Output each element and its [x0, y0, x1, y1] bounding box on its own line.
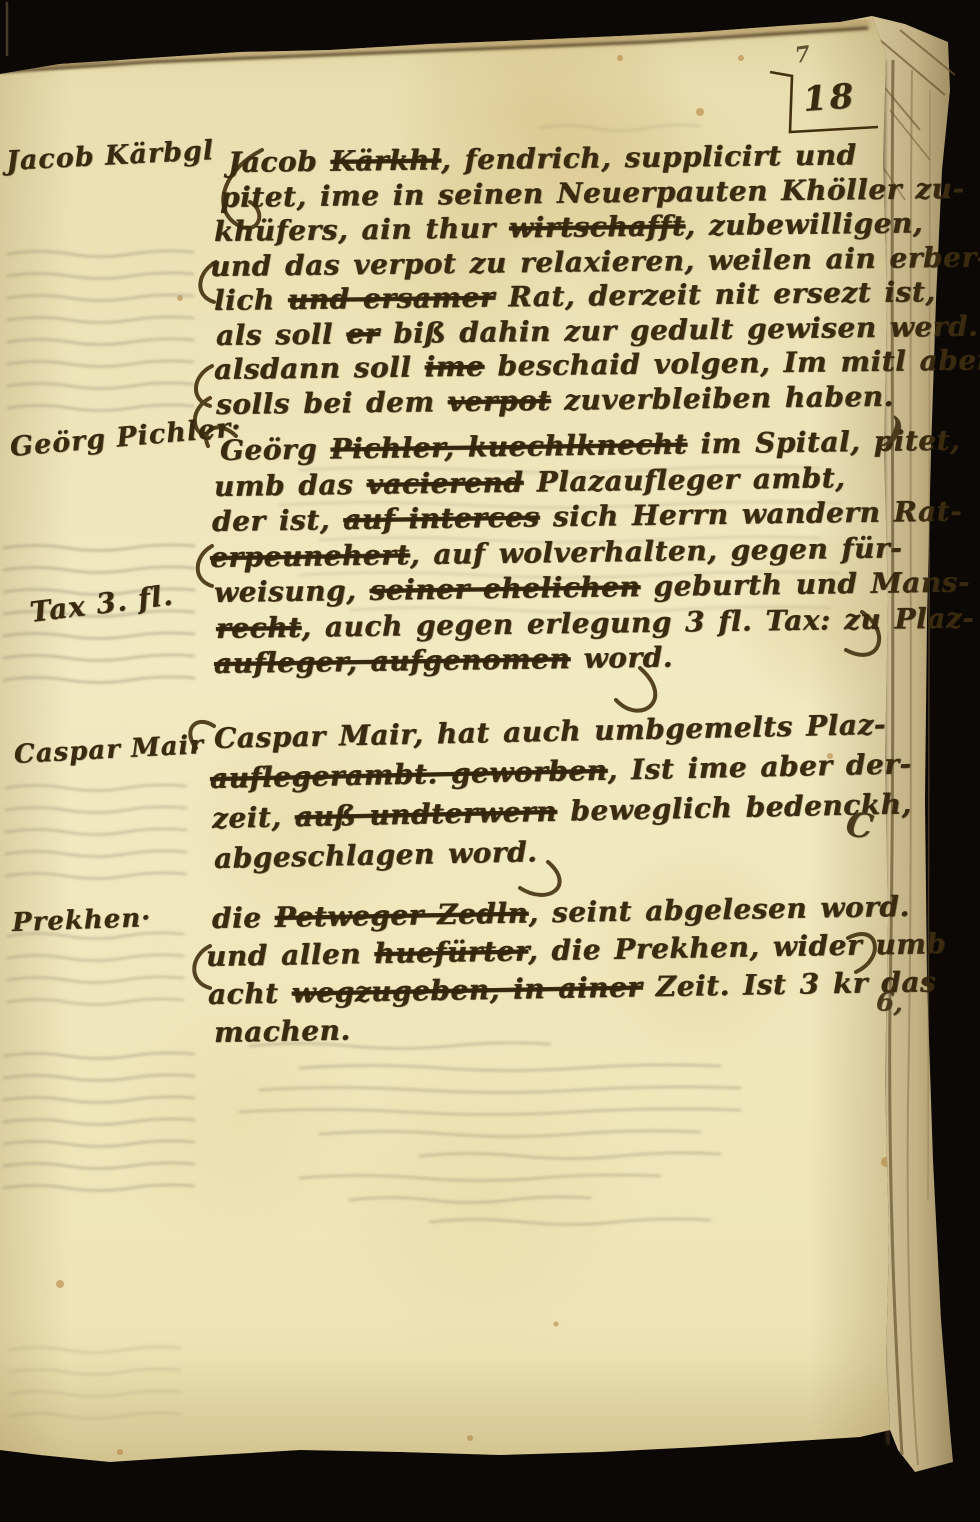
word-run: machen.	[214, 1014, 351, 1049]
struck-word: und ersamer	[288, 281, 496, 317]
page-number: 18	[802, 76, 858, 120]
struck-word: recht	[216, 610, 302, 644]
word-run: Rat, derzeit nit ersezt ist,	[495, 275, 936, 313]
struck-word: verpot	[448, 383, 551, 417]
word-run: umb das	[214, 467, 367, 502]
entry-caspar-mair-line: zeit, auß undterwern beweglich bedenckh,	[212, 787, 912, 835]
word-run: acht	[208, 977, 292, 1011]
struck-word: Pichler, kuechlknecht	[330, 427, 687, 465]
entry-caspar-mair-line: Caspar Mair, hat auch umbgemelts Plaz-	[214, 708, 887, 755]
word-run: word.	[570, 641, 673, 675]
struck-word: vacierend	[366, 465, 523, 500]
margin-note: Prekhen·	[11, 903, 151, 938]
edge-ink-mark: C	[843, 804, 875, 847]
struck-word: wegzugeben, in ainer	[291, 970, 642, 1009]
word-run: Caspar Mair, hat auch umbgemelts Plaz-	[214, 708, 887, 755]
word-run: , fendrich, supplicirt und	[441, 138, 857, 176]
struck-word: seiner ehelichen	[369, 570, 640, 607]
edge-ink-mark: 6,	[875, 987, 904, 1019]
word-run: alsdann soll	[214, 350, 425, 386]
word-run: sich Herrn wandern Rat-	[539, 495, 962, 534]
entry-caspar-mair-line: abgeschlagen word.	[214, 835, 538, 875]
entry-prekhen-line: die Petweger Zedln, seint abgelesen word…	[212, 890, 910, 935]
struck-word: erpeunehert	[210, 538, 410, 574]
struck-word: ime	[424, 350, 484, 384]
word-run: , zubewilligen,	[685, 206, 923, 242]
word-run: Geörg	[220, 432, 331, 467]
word-run: zeit,	[212, 800, 295, 835]
entry-geoerg-pichler-line: Geörg Pichler, kuechlknecht im Spital, p…	[220, 424, 961, 467]
struck-word: Kärkhl	[330, 143, 441, 177]
word-run: , auch gegen erlegung 3 fl. Tax: zu Plaz…	[301, 601, 974, 643]
struck-word: er	[346, 316, 380, 349]
word-run: Plazaufleger ambt,	[523, 461, 845, 498]
entry-prekhen-line: acht wegzugeben, in ainer Zeit. Ist 3 kr…	[208, 965, 937, 1011]
word-run: lich	[214, 283, 288, 317]
word-run: beschaid volgen, Im mitl aber	[484, 343, 980, 382]
word-run: weisung,	[214, 574, 370, 609]
word-run: solls bei dem	[216, 385, 448, 421]
word-run: geburth und Mans-	[640, 565, 970, 603]
word-run: abgeschlagen word.	[214, 835, 538, 875]
word-run: und allen	[206, 937, 375, 973]
word-run: biß dahin zur gedult gewisen werd.	[380, 309, 979, 349]
margin-note: Geörg Pichler·	[9, 412, 243, 463]
entry-prekhen-line: machen.	[214, 1014, 351, 1049]
word-run: im Spital, pitet,	[687, 424, 960, 461]
word-run: Jacob	[228, 145, 331, 179]
entry-jacob-kaerbgl-line: solls bei dem verpot zuverbleiben haben.	[216, 379, 894, 420]
word-run: , seint abgelesen word.	[528, 890, 910, 930]
struck-word: huefürter	[374, 934, 528, 970]
struck-word: auf interces	[343, 500, 540, 536]
ink-text-layer: 18 7 Jacob KärbglGeörg Pichler·Tax 3. fl…	[0, 0, 980, 1522]
word-run: , Ist ime aber der-	[607, 747, 912, 786]
struck-word: auflegerambt. geworben	[210, 754, 608, 795]
word-run: als soll	[216, 317, 347, 352]
margin-note: Tax 3. fl.	[28, 579, 175, 629]
struck-word: auß undterwern	[294, 795, 557, 833]
entry-jacob-kaerbgl-line: Jacob Kärkhl, fendrich, supplicirt und	[228, 138, 857, 179]
word-run: , auf wolverhalten, gegen für-	[410, 531, 903, 571]
margin-note: Caspar Mair	[13, 730, 204, 770]
entry-geoerg-pichler-line: umb das vacierend Plazaufleger ambt,	[214, 461, 846, 503]
entry-geoerg-pichler-line: aufleger, aufgenomen word.	[214, 641, 673, 680]
word-run: , die Prekhen, wider umb	[528, 927, 947, 967]
entry-geoerg-pichler-line: recht, auch gegen erlegung 3 fl. Tax: zu…	[216, 601, 975, 645]
struck-word: aufleger, aufgenomen	[214, 642, 571, 680]
manuscript-scan: 18 7 Jacob KärbglGeörg Pichler·Tax 3. fl…	[0, 0, 980, 1522]
struck-word: Petweger Zedln	[274, 896, 528, 933]
word-run: der ist,	[212, 503, 344, 538]
word-run: khüfers, ain thur	[214, 211, 509, 248]
word-run: zuverbleiben haben.	[551, 379, 894, 416]
margin-note: Jacob Kärbgl	[5, 135, 215, 177]
word-run: die	[212, 901, 275, 935]
struck-word: wirtschafft	[509, 209, 686, 244]
corner-numeral: 7	[793, 41, 812, 69]
entry-caspar-mair-line: auflegerambt. geworben, Ist ime aber der…	[210, 747, 912, 795]
